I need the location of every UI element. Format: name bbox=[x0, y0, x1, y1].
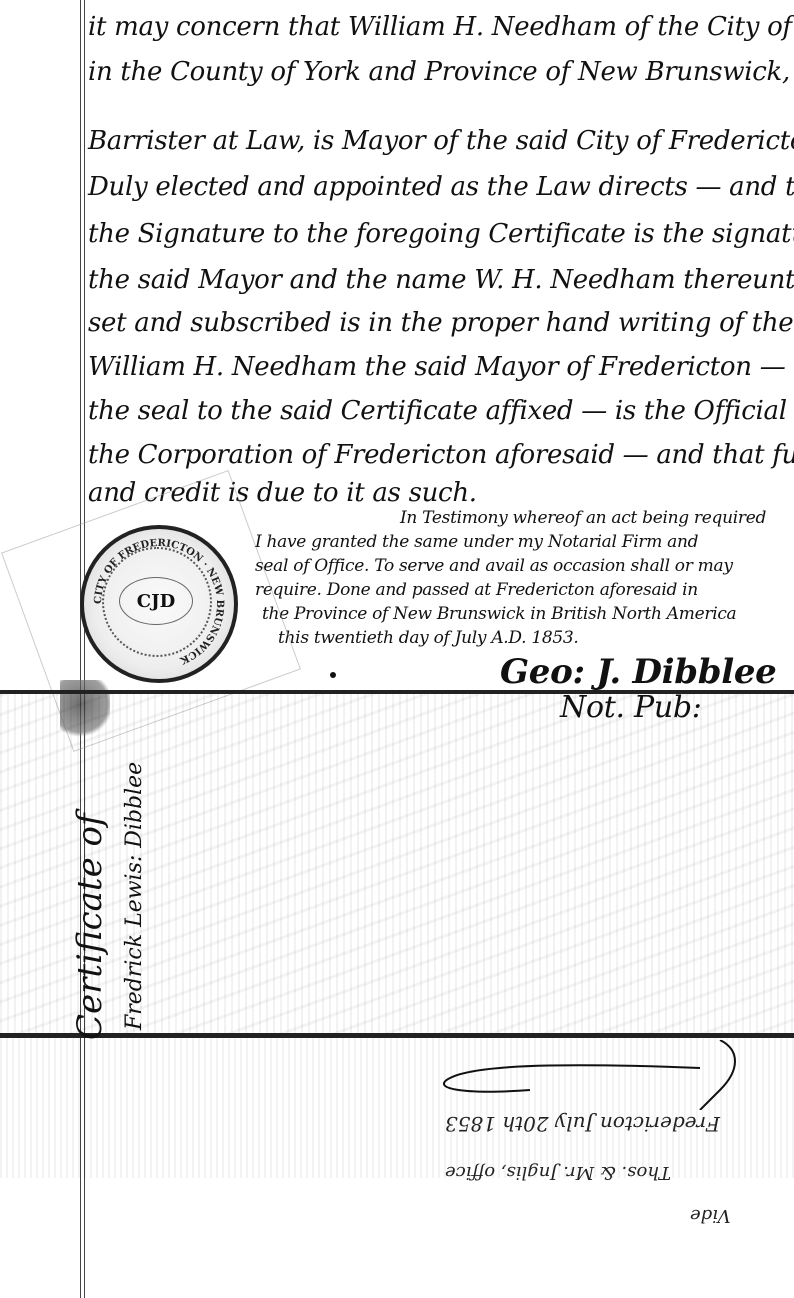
attestation-line-3: seal of Office. To serve and avail as oc… bbox=[255, 556, 733, 576]
body-line-6: the said Mayor and the name W. H. Needha… bbox=[88, 265, 794, 295]
reverse-flourish-icon bbox=[420, 1040, 740, 1110]
reverse-note-names: Thos. & Mr. Jnglis, office bbox=[445, 1162, 671, 1183]
ink-blot bbox=[330, 672, 336, 678]
bleed-through-area bbox=[0, 694, 794, 1034]
docket-subtitle: Fredrick Lewis: Dibblee bbox=[122, 762, 147, 1030]
body-line-4: Duly elected and appointed as the Law di… bbox=[88, 172, 794, 202]
body-line-1: it may concern that William H. Needham o… bbox=[88, 12, 794, 42]
reverse-note-date: Fredericton July 20th 1853 bbox=[445, 1112, 720, 1136]
attestation-line-2: I have granted the same under my Notaria… bbox=[255, 532, 698, 552]
body-line-10: the Corporation of Fredericton aforesaid… bbox=[88, 440, 794, 470]
document-page: it may concern that William H. Needham o… bbox=[0, 0, 794, 1298]
attestation-line-1: In Testimony whereof an act being requir… bbox=[400, 508, 766, 528]
reverse-note-vide: Vide bbox=[690, 1205, 731, 1226]
notarial-seal: CITY OF FREDERICTON · NEW BRUNSWICK CJD bbox=[80, 525, 238, 683]
docket-title: Certificate of bbox=[70, 813, 110, 1040]
body-line-5: the Signature to the foregoing Certifica… bbox=[88, 219, 794, 249]
body-line-7: set and subscribed is in the proper hand… bbox=[88, 308, 794, 338]
seal-monogram: CJD bbox=[119, 577, 193, 625]
attestation-line-6: this twentieth day of July A.D. 1853. bbox=[278, 628, 579, 648]
body-line-8: William H. Needham the said Mayor of Fre… bbox=[88, 352, 794, 382]
body-line-9: the seal to the said Certificate affixed… bbox=[88, 396, 794, 426]
body-line-3: Barrister at Law, is Mayor of the said C… bbox=[88, 126, 794, 156]
body-line-2: in the County of York and Province of Ne… bbox=[88, 57, 794, 87]
attestation-line-4: require. Done and passed at Fredericton … bbox=[255, 580, 698, 600]
notary-signature: Geo: J. Dibblee bbox=[500, 652, 776, 692]
attestation-line-5: the Province of New Brunswick in British… bbox=[262, 604, 736, 624]
